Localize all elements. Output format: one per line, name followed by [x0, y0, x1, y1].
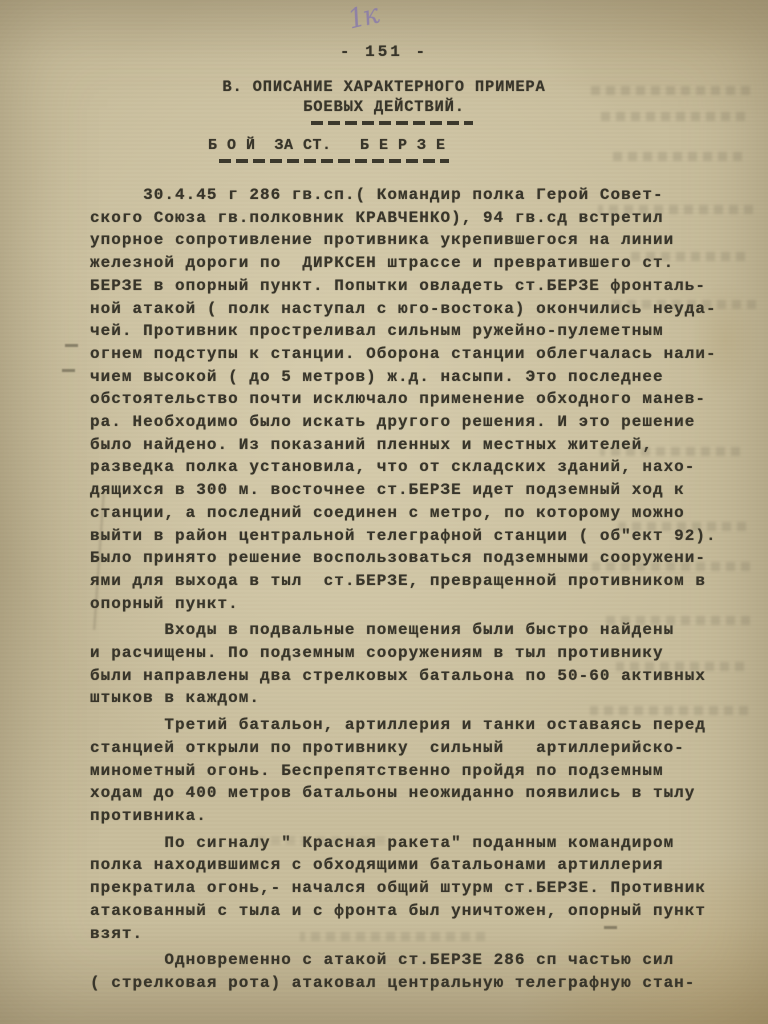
- margin-dash-mark: [62, 369, 75, 372]
- text-line: БЕРЗЕ в опорный пункт. Попытки овладеть …: [90, 275, 740, 298]
- bleedthrough-smudge: [602, 616, 750, 625]
- bleedthrough-smudge: [590, 706, 748, 715]
- text-line: станцией открыли по противнику сильный а…: [90, 737, 740, 760]
- text-line: минометный огонь. Беспрепятственно пройд…: [90, 760, 740, 783]
- text-line: обстоятельство почти исключало применени…: [90, 388, 740, 411]
- paragraph: Третий батальон, артиллерия и танки оста…: [90, 714, 740, 828]
- paragraph: 30.4.45 г 286 гв.сп.( Командир полка Гер…: [90, 184, 740, 615]
- text-line: Третий батальон, артиллерия и танки оста…: [90, 714, 740, 737]
- bleedthrough-smudge: [592, 562, 750, 571]
- bleedthrough-smudge: [612, 152, 742, 161]
- text-line: ходам до 400 метров батальоны неожиданно…: [90, 782, 740, 805]
- text-line: По сигналу " Красная ракета" поданным ко…: [90, 832, 740, 855]
- paragraph: По сигналу " Красная ракета" поданным ко…: [90, 832, 740, 946]
- paragraph: Одновременно с атакой ст.БЕРЗЕ 286 сп ча…: [90, 949, 740, 994]
- text-line: огнем подступы к станции. Оборона станци…: [90, 343, 740, 366]
- text-line: атакованный с тыла и с фронта был уничто…: [90, 900, 740, 923]
- title-underline: [311, 121, 473, 125]
- bleedthrough-smudge: [598, 205, 753, 214]
- text-line: 30.4.45 г 286 гв.сп.( Командир полка Гер…: [90, 184, 740, 207]
- bleedthrough-smudge: [618, 522, 746, 531]
- bleedthrough-smudge: [616, 662, 744, 671]
- paper-stain: [690, 280, 760, 400]
- bleedthrough-smudge: [625, 252, 745, 261]
- text-line: Одновременно с атакой ст.БЕРЗЕ 286 сп ча…: [90, 949, 740, 972]
- text-line: дящихся в 300 м. восточнее ст.БЕРЗЕ идет…: [90, 479, 740, 502]
- text-line: прекратила огонь,- начался общий штурм с…: [90, 877, 740, 900]
- text-line: опорный пункт.: [90, 593, 740, 616]
- text-line: полка находившимся с обходящими батальон…: [90, 854, 740, 877]
- text-line: ( стрелковая рота) атаковал центральную …: [90, 972, 740, 995]
- margin-dash-mark: [65, 344, 78, 347]
- text-line: ра. Необходимо было искать другого решен…: [90, 411, 740, 434]
- text-line: упорное сопротивление противника укрепив…: [90, 229, 740, 252]
- bleedthrough-smudge: [300, 932, 485, 941]
- margin-dash-mark: [604, 926, 617, 929]
- bleedthrough-smudge: [600, 112, 745, 121]
- bleedthrough-smudge: [255, 836, 385, 845]
- text-line: ями для выхода в тыл ст.БЕРЗЕ, превращен…: [90, 570, 740, 593]
- text-line: разведка полка установила, что от складс…: [90, 456, 740, 479]
- bleedthrough-smudge: [600, 447, 740, 456]
- bleedthrough-smudge: [585, 86, 750, 95]
- handwritten-archive-mark: 1к: [345, 0, 381, 36]
- text-line: противника.: [90, 805, 740, 828]
- battle-heading: Б О Й ЗА СТ. Б Е Р З Е: [208, 137, 446, 154]
- page-number: - 151 -: [0, 43, 768, 61]
- scanned-document-page: 1к - 151 - В. ОПИСАНИЕ ХАРАКТЕРНОГО ПРИМ…: [0, 0, 768, 1024]
- heading-underline: [219, 159, 449, 163]
- text-line: чей. Противник простреливал сильным руже…: [90, 320, 740, 343]
- text-line: чием высокой ( до 5 метров) ж.д. насыпи.…: [90, 366, 740, 389]
